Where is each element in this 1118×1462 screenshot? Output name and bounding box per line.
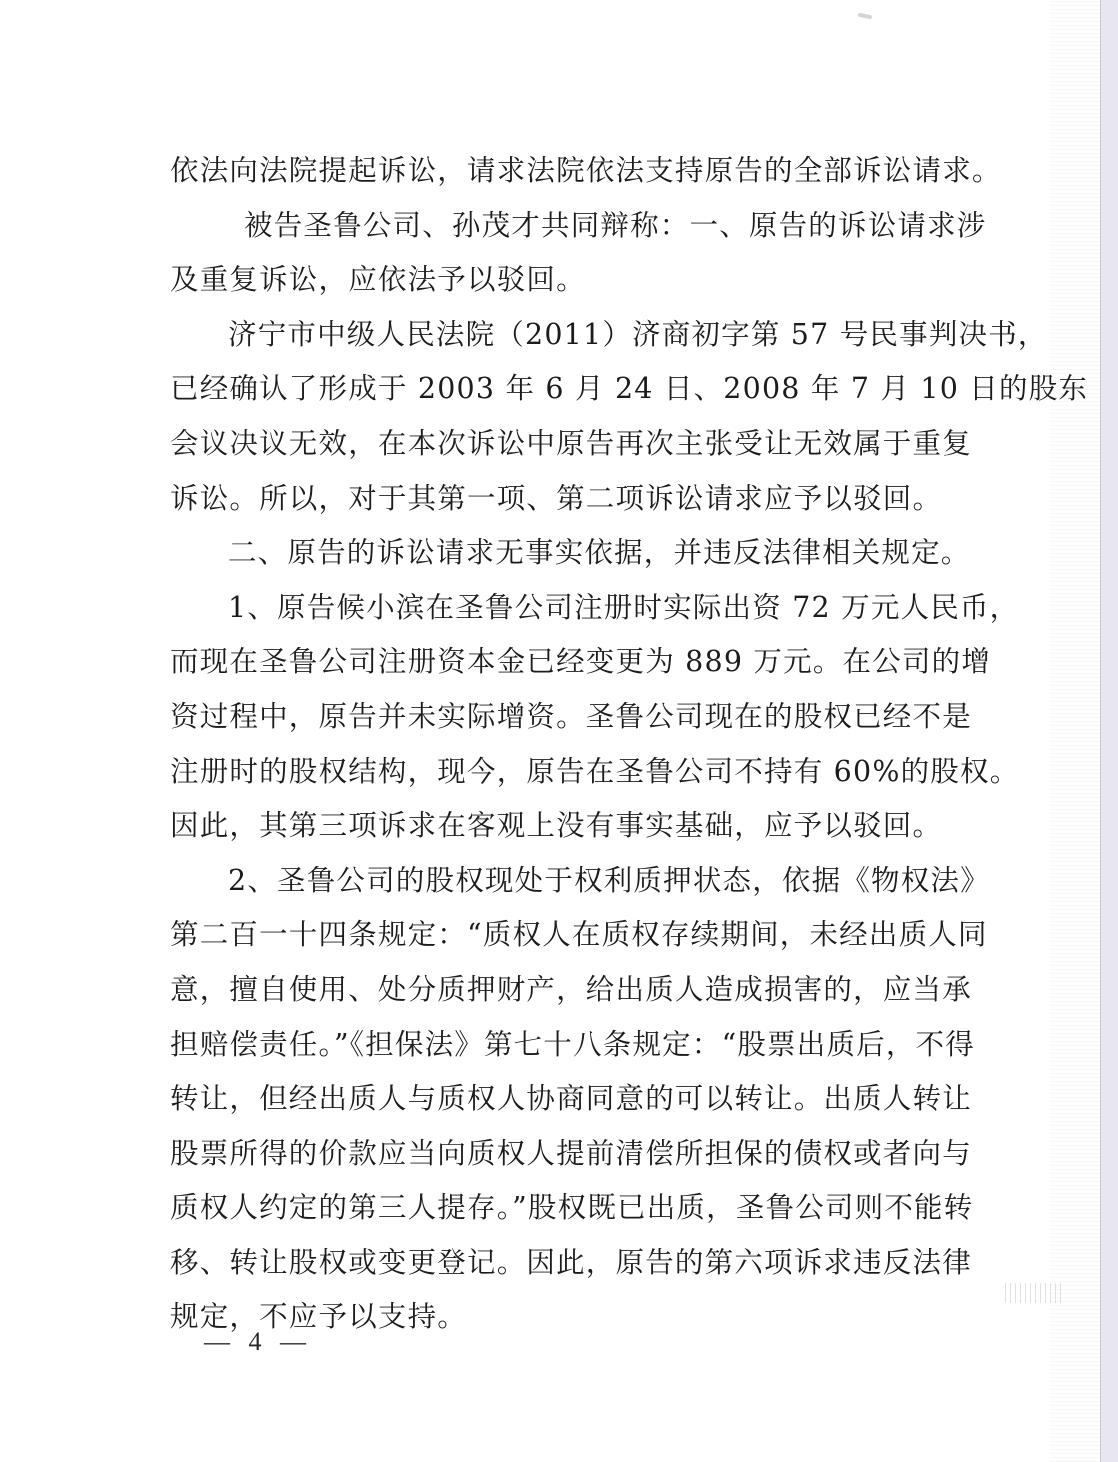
text-line: 及重复诉讼，应依法予以驳回。 bbox=[170, 253, 960, 308]
page-edge-shadow bbox=[1050, 0, 1100, 1462]
text-line: 诉讼。所以，对于其第一项、第二项诉讼请求应予以驳回。 bbox=[170, 472, 960, 527]
text-line: 因此，其第三项诉求在客观上没有事实基础，应予以驳回。 bbox=[170, 799, 960, 854]
document-body: 依法向法院提起诉讼，请求法院依法支持原告的全部诉讼请求。 被告圣鲁公司、孙茂才共… bbox=[170, 144, 960, 1345]
text-line: 注册时的股权结构，现今，原告在圣鲁公司不持有 60%的股权。 bbox=[170, 745, 960, 800]
text-line: 已经确认了形成于 2003 年 6 月 24 日、2008 年 7 月 10 日… bbox=[170, 362, 960, 417]
text-line: 而现在圣鲁公司注册资本金已经变更为 889 万元。在公司的增 bbox=[170, 635, 960, 690]
text-line: 会议决议无效，在本次诉讼中原告再次主张受让无效属于重复 bbox=[170, 417, 960, 472]
text-line: 转让，但经出质人与质权人协商同意的可以转让。出质人转让 bbox=[170, 1072, 960, 1127]
text-line: 意，擅自使用、处分质押财产，给出质人造成损害的，应当承 bbox=[170, 963, 960, 1018]
page-number: — 4 — bbox=[204, 1327, 312, 1357]
document-page: 依法向法院提起诉讼，请求法院依法支持原告的全部诉讼请求。 被告圣鲁公司、孙茂才共… bbox=[0, 0, 1101, 1462]
stamp-residue bbox=[1005, 1283, 1065, 1303]
text-line: 第二百一十四条规定：“质权人在质权存续期间，未经出质人同 bbox=[170, 908, 960, 963]
text-line: 资过程中，原告并未实际增资。圣鲁公司现在的股权已经不是 bbox=[170, 690, 960, 745]
text-line: 2、圣鲁公司的股权现处于权利质押状态，依据《物权法》 bbox=[170, 854, 960, 909]
scan-artifact bbox=[858, 13, 873, 20]
text-line: 股票所得的价款应当向质权人提前清偿所担保的债权或者向与 bbox=[170, 1127, 960, 1182]
text-line: 依法向法院提起诉讼，请求法院依法支持原告的全部诉讼请求。 bbox=[170, 144, 960, 199]
text-line: 质权人约定的第三人提存。”股权既已出质，圣鲁公司则不能转 bbox=[170, 1181, 960, 1236]
text-line: 1、原告候小滨在圣鲁公司注册时实际出资 72 万元人民币， bbox=[170, 581, 960, 636]
text-line: 移、转让股权或变更登记。因此，原告的第六项诉求违反法律 bbox=[170, 1236, 960, 1291]
text-line: 被告圣鲁公司、孙茂才共同辩称：一、原告的诉讼请求涉 bbox=[170, 199, 960, 254]
text-line: 济宁市中级人民法院（2011）济商初字第 57 号民事判决书， bbox=[170, 308, 960, 363]
text-line: 担赔偿责任。”《担保法》第七十八条规定：“股票出质后，不得 bbox=[170, 1018, 960, 1073]
text-line: 二、原告的诉讼请求无事实依据，并违反法律相关规定。 bbox=[170, 526, 960, 581]
